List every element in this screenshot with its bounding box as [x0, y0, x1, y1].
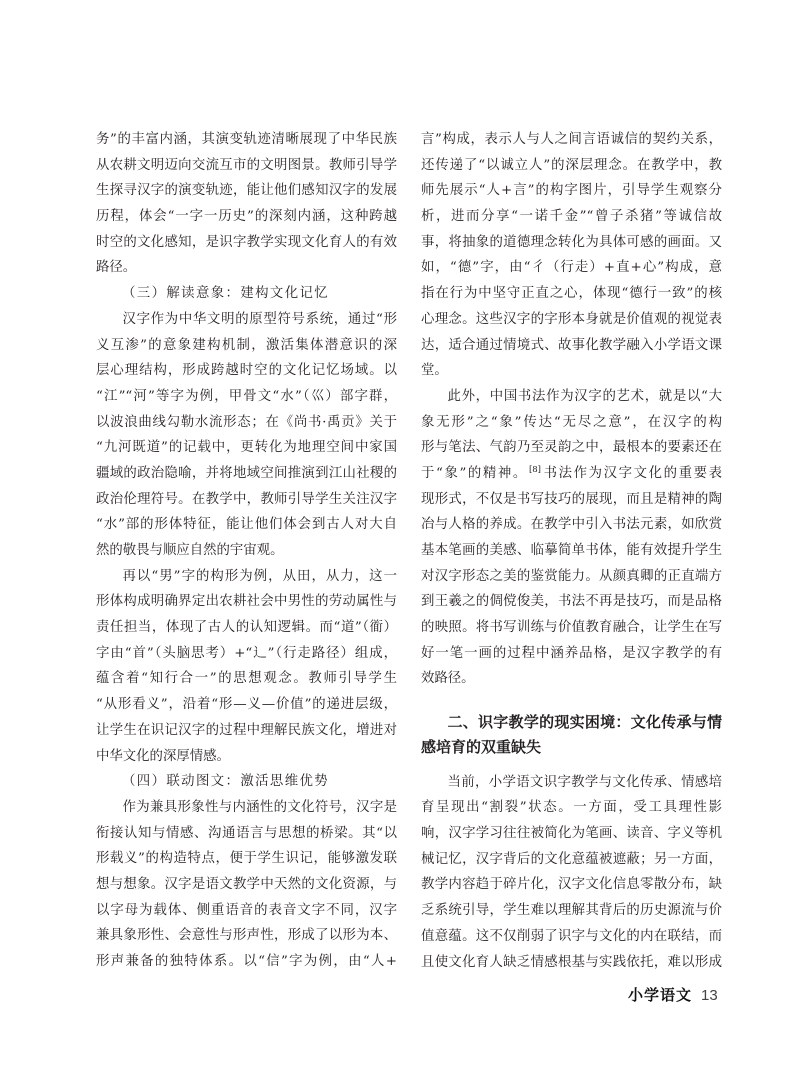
- text-line: 形声兼备的独特体系。以“信”字为例，由“人+: [96, 949, 397, 975]
- paragraph: 言”构成，表示人与人之间言语诚信的契约关系， 还传递了“以诚立人”的深层理念。在…: [421, 127, 722, 384]
- text-line: 义互渗”的意象建构机制，激活集体潜意识的深: [96, 333, 397, 359]
- text-line: 责任担当，体现了古人的认知逻辑。而“道”（衜）: [96, 615, 397, 641]
- text-line: 字由“首”（头脑思考）+“辶”（行走路径）组成，: [96, 641, 397, 667]
- page-footer: 小学语文13: [628, 984, 718, 1006]
- subsection-heading: （三）解读意象：建构文化记忆: [96, 281, 397, 307]
- text-line: 好一笔一画的过程中涵养品格，是汉字教学的有: [421, 641, 722, 667]
- text-line: 生探寻汉字的演变轨迹，能让他们感知汉字的发展: [96, 178, 397, 204]
- text-line: 效路径。: [421, 666, 722, 692]
- text-line: 达，适合通过情境式、故事化教学融入小学语文课: [421, 333, 722, 359]
- text-line: 现形式，不仅是书写技巧的展现，而且是精神的陶: [421, 487, 722, 513]
- text-line: 冶与人格的养成。在教学中引入书法元素，如欣赏: [421, 512, 722, 538]
- text-line: “九河既道”的记载中，更转化为地理空间中家国: [96, 435, 397, 461]
- text-line: 响，汉字学习往往被简化为笔画、读音、字义等机: [421, 821, 722, 847]
- text-line: 如，“德”字，由“彳（行走）+直+心”构成，意: [421, 255, 722, 281]
- citation-reference[interactable]: [8]: [529, 465, 541, 475]
- text-line: “江”“河”等字为例，甲骨文“水”（巛）部字群，: [96, 384, 397, 410]
- text-line: 教学内容趋于碎片化，汉字文化信息零散分布，缺: [421, 872, 722, 898]
- text-line: 析，进而分享“一诺千金”“曾子杀猪”等诚信故: [421, 204, 722, 230]
- text-line: 形载义”的构造特点，便于学生识记，能够激发联: [96, 846, 397, 872]
- text-line: 值意蕴。这不仅削弱了识字与文化的内在联结，而: [421, 924, 722, 950]
- text-line: 层心理结构，形成跨越时空的文化记忆场域。以: [96, 358, 397, 384]
- text-line: 且使文化育人缺乏情感根基与实践依托，难以形成: [421, 950, 722, 976]
- text-line: “从形看义”，沿着“形—义—价值”的递进层级，: [96, 692, 397, 718]
- text-line: 乏系统引导，学生难以理解其背后的历史源流与价: [421, 898, 722, 924]
- text-line: 对汉字形态之美的鉴赏能力。从颜真卿的正直端方: [421, 564, 722, 590]
- paragraph: 当前，小学语文识字教学与文化传承、情感培 育呈现出“割裂”状态。一方面，受工具理…: [421, 770, 722, 976]
- text-line: 蕴含着“知行合一”的思想观念。教师引导学生: [96, 666, 397, 692]
- text-line: 形与笔法、气韵乃至灵韵之中，最根本的要素还在: [421, 435, 722, 461]
- text-line: 务”的丰富内涵，其演变轨迹清晰展现了中华民族: [96, 127, 397, 153]
- text-line: 于“象”的精神。[8]书法作为汉字文化的重要表: [421, 461, 722, 487]
- text-line: 事，将抽象的道德理念转化为具体可感的画面。又: [421, 230, 722, 256]
- text-line: 兼具象形性、会意性与形声性，形成了以形为本、: [96, 923, 397, 949]
- text-line: 基本笔画的美感、临摹简单书体，能有效提升学生: [421, 538, 722, 564]
- paragraph: 汉字作为中华文明的原型符号系统，通过“形 义互渗”的意象建构机制，激活集体潜意识…: [96, 307, 397, 564]
- journal-page: 务”的丰富内涵，其演变轨迹清晰展现了中华民族 从农耕文明迈向交流互市的文明图景。…: [0, 0, 800, 1077]
- text-line: 疆域的政治隐喻，并将地域空间推演到江山社稷的: [96, 461, 397, 487]
- journal-name: 小学语文: [628, 986, 692, 1004]
- text-line: 政治伦理符号。在教学中，教师引导学生关注汉字: [96, 487, 397, 513]
- text-line: 让学生在识记汉字的过程中理解民族文化，增进对: [96, 718, 397, 744]
- heading-line: 二、识字教学的现实困境：文化传承与情: [421, 710, 722, 735]
- text-line: 还传递了“以诚立人”的深层理念。在教学中，教: [421, 153, 722, 179]
- page-number: 13: [701, 987, 718, 1004]
- text-segment: 于“象”的精神。: [421, 466, 528, 481]
- text-line: 师先展示“人+言”的构字图片，引导学生观察分: [421, 178, 722, 204]
- text-line: 当前，小学语文识字教学与文化传承、情感培: [421, 770, 722, 796]
- text-line: 中华文化的深厚情感。: [96, 744, 397, 770]
- text-line: 然的敬畏与顺应自然的宇宙观。: [96, 538, 397, 564]
- text-line: “水”部的形体特征，能让他们体会到古人对大自: [96, 512, 397, 538]
- text-line: 此外，中国书法作为汉字的艺术，就是以“大: [421, 384, 722, 410]
- text-line: 以字母为载体、侧重语音的表音文字不同，汉字: [96, 898, 397, 924]
- text-line: 路径。: [96, 255, 397, 281]
- text-line: 心理念。这些汉字的字形本身就是价值观的视觉表: [421, 307, 722, 333]
- text-line: 到王羲之的倜傥俊美，书法不再是技巧，而是品格: [421, 589, 722, 615]
- right-column: 言”构成，表示人与人之间言语诚信的契约关系， 还传递了“以诚立人”的深层理念。在…: [421, 127, 722, 975]
- text-line: 时空的文化感知，是识字教学实现文化育人的有效: [96, 230, 397, 256]
- text-line: 再以“男”字的构形为例，从田，从力，这一: [96, 564, 397, 590]
- paragraph: 作为兼具形象性与内涵性的文化符号，汉字是 衔接认知与情感、沟通语言与思想的桥梁。…: [96, 795, 397, 975]
- text-segment: 书法作为汉字文化的重要表: [542, 466, 722, 481]
- subsection-heading: （四）联动图文：激活思维优势: [96, 769, 397, 795]
- paragraph: 务”的丰富内涵，其演变轨迹清晰展现了中华民族 从农耕文明迈向交流互市的文明图景。…: [96, 127, 397, 281]
- left-column: 务”的丰富内涵，其演变轨迹清晰展现了中华民族 从农耕文明迈向交流互市的文明图景。…: [96, 127, 397, 975]
- section-heading: 二、识字教学的现实困境：文化传承与情 感培育的双重缺失: [421, 710, 722, 760]
- text-line: 指在行为中坚守正直之心，体现“德行一致”的核: [421, 281, 722, 307]
- heading-line: 感培育的双重缺失: [421, 735, 722, 760]
- paragraph: 再以“男”字的构形为例，从田，从力，这一 形体构成明确界定出农耕社会中男性的劳动…: [96, 564, 397, 770]
- text-line: 的映照。将书写训练与价值教育融合，让学生在写: [421, 615, 722, 641]
- text-line: 以波浪曲线勾勒水流形态；在《尚书·禹贡》关于: [96, 410, 397, 436]
- text-line: 育呈现出“割裂”状态。一方面，受工具理性影: [421, 795, 722, 821]
- text-line: 汉字作为中华文明的原型符号系统，通过“形: [96, 307, 397, 333]
- text-line: 作为兼具形象性与内涵性的文化符号，汉字是: [96, 795, 397, 821]
- text-line: 象无形”之“象”传达“无尽之意”，在汉字的构: [421, 410, 722, 436]
- text-line: 堂。: [421, 358, 722, 384]
- text-line: 形体构成明确界定出农耕社会中男性的劳动属性与: [96, 589, 397, 615]
- text-line: 械记忆，汉字背后的文化意蕴被遮蔽；另一方面，: [421, 847, 722, 873]
- text-line: 想与想象。汉字是语文教学中天然的文化资源，与: [96, 872, 397, 898]
- text-line: 从农耕文明迈向交流互市的文明图景。教师引导学: [96, 153, 397, 179]
- text-line: 言”构成，表示人与人之间言语诚信的契约关系，: [421, 127, 722, 153]
- text-line: 衔接认知与情感、沟通语言与思想的桥梁。其“以: [96, 821, 397, 847]
- paragraph: 此外，中国书法作为汉字的艺术，就是以“大 象无形”之“象”传达“无尽之意”，在汉…: [421, 384, 722, 692]
- text-line: 历程，体会“一字一历史”的深刻内涵，这种跨越: [96, 204, 397, 230]
